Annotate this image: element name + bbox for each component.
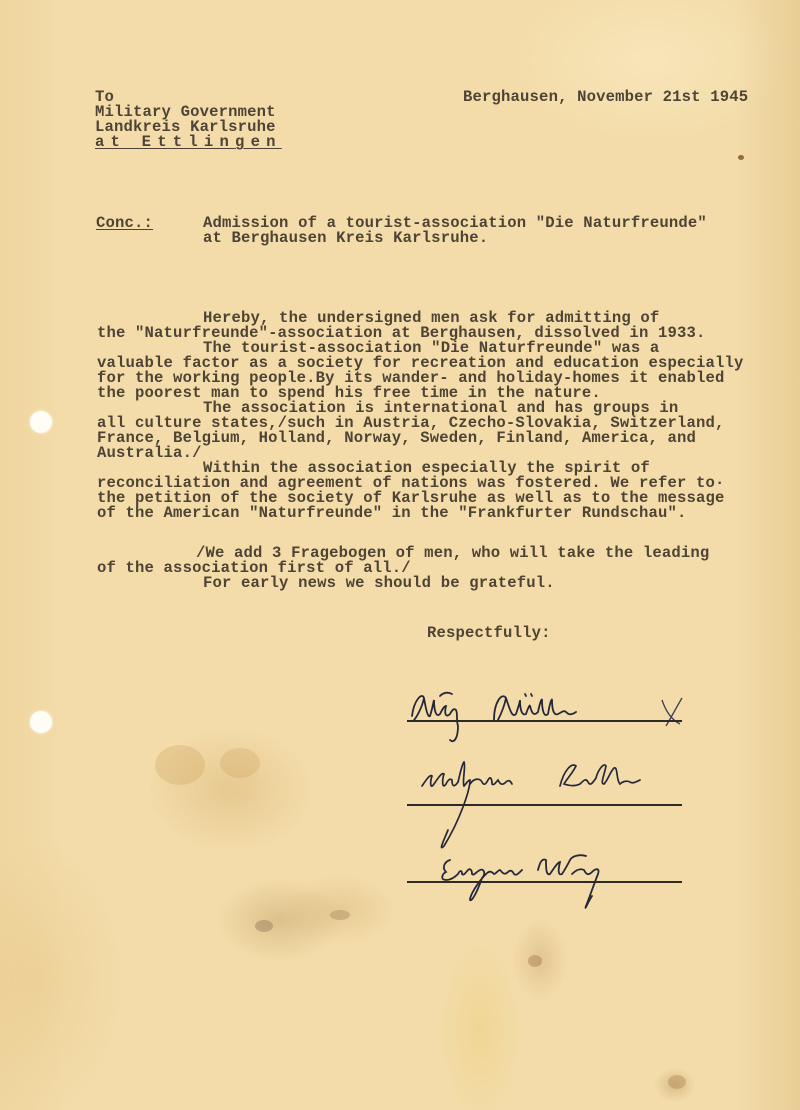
stain xyxy=(738,155,744,160)
body-line: Australia./ xyxy=(97,446,202,461)
stain xyxy=(155,745,205,785)
stain xyxy=(255,920,273,932)
signature-line xyxy=(407,804,682,806)
punch-hole-bottom xyxy=(30,711,52,733)
punch-hole-top xyxy=(30,411,52,433)
body-line: For early news we should be grateful. xyxy=(203,576,555,591)
subject-line: at Berghausen Kreis Karlsruhe. xyxy=(203,231,488,246)
signature-line xyxy=(407,720,682,722)
place-date: Berghausen, November 21st 1945 xyxy=(463,90,748,105)
signature-mueller xyxy=(400,680,700,750)
signature-mark: X xyxy=(663,702,673,717)
recipient-line: at Ettlingen xyxy=(95,135,282,150)
closing: Respectfully: xyxy=(427,626,551,641)
signature-line xyxy=(407,881,682,883)
stain xyxy=(528,955,542,967)
stain xyxy=(330,910,350,920)
stain xyxy=(668,1075,686,1089)
signature-kunz xyxy=(400,840,700,940)
subject-label: Conc.: xyxy=(96,216,153,231)
body-line: of the American "Naturfreunde" in the "F… xyxy=(97,506,686,521)
stain xyxy=(220,748,260,778)
